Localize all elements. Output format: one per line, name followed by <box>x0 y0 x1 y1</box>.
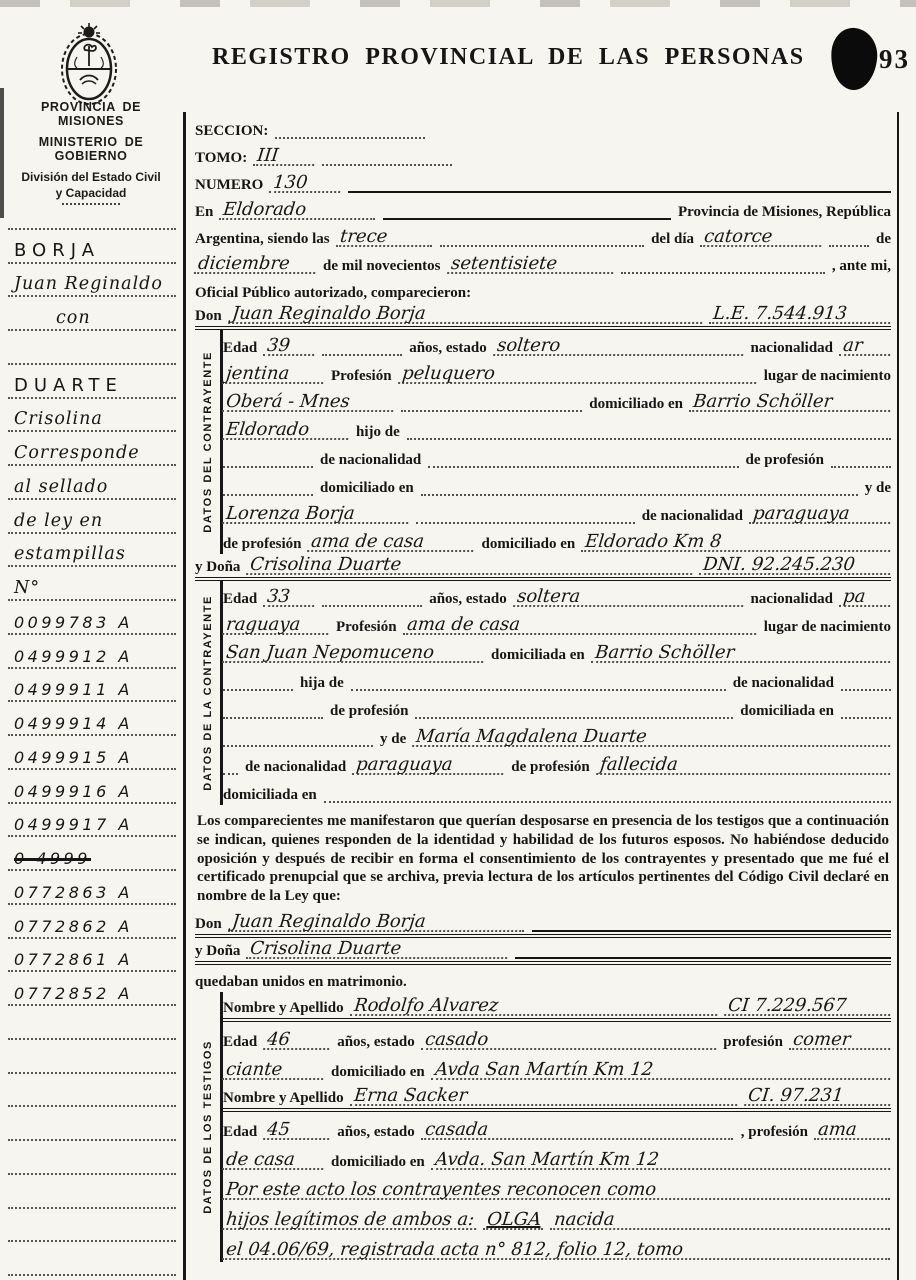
margin-note <box>8 1242 176 1276</box>
printed-label: Profesión <box>336 620 397 635</box>
margin-note-text: 0499916 A <box>14 782 133 801</box>
blank-dotted-line <box>275 127 425 139</box>
margin-notes-column: BORJAJuan ReginaldoconDUARTECrisolinaCor… <box>8 196 176 1276</box>
handwritten-value: Eldorado <box>222 422 350 440</box>
blank-dotted-line <box>223 679 293 691</box>
handwritten-value: raguaya <box>222 617 330 635</box>
margin-note: 0772863 A <box>8 871 176 905</box>
blank-dotted-line <box>416 512 635 524</box>
margin-note-text: estampillas <box>14 544 126 564</box>
margin-note: Juan Reginaldo <box>8 264 176 298</box>
bride-section: DATOS DE LA CONTRAYENTE Edad33años, esta… <box>195 581 891 805</box>
form-line: de nacionalidadde profesión <box>223 442 891 470</box>
margin-note: 0772862 A <box>8 905 176 939</box>
witness-section-label: DATOS DE LOS TESTIGOS <box>202 1040 214 1214</box>
blank-dotted-line <box>223 484 313 496</box>
printed-label: SECCION: <box>195 124 268 139</box>
form-line: ciantedomiciliado enAvda San Martín Km 1… <box>223 1052 891 1082</box>
issuing-office-block: PROVINCIA DE MISIONES MINISTERIO DE GOBI… <box>6 100 176 205</box>
margin-note: BORJA <box>8 230 176 264</box>
form-line: domiciliado eny de <box>223 470 891 498</box>
printed-label: años, estado <box>409 341 487 356</box>
declaration-paragraph: Los comparecientes me manifestaron que q… <box>197 812 889 906</box>
printed-label: de profesión <box>746 453 824 468</box>
printed-label: de profesión <box>511 760 589 775</box>
margin-note: estampillas <box>8 534 176 568</box>
margin-note: 0499916 A <box>8 770 176 804</box>
margin-note-text: Juan Reginaldo <box>14 274 163 294</box>
handwritten-value: Por este acto los contrayentes reconocen… <box>222 1182 892 1200</box>
printed-label: , profesión <box>741 1125 808 1140</box>
form-line: quedaban unidos en matrimonio. <box>195 965 891 992</box>
printed-label: Oficial Público autorizado, compareciero… <box>195 286 471 301</box>
form-body: SECCION:TOMO:IIINUMERO130EnEldoradoProvi… <box>183 112 899 1280</box>
form-line: de casadomiciliado enAvda. San Martín Km… <box>223 1142 891 1172</box>
form-line: Edad33años, estadosolteranacionalidadpa <box>223 581 891 609</box>
handwritten-value: 130 <box>269 175 342 193</box>
handwritten-value: Eldorado <box>219 202 377 220</box>
handwritten-value: casado <box>421 1032 717 1050</box>
handwritten-value: Barrio Schöller <box>689 394 892 412</box>
printed-label: Nombre y Apellido <box>223 1001 344 1016</box>
blank-dotted-line <box>428 456 738 468</box>
drawn-line <box>383 208 671 220</box>
blank-dotted-line <box>421 484 858 496</box>
printed-label: domiciliada en <box>740 704 834 719</box>
margin-note-text: BORJA <box>14 240 100 261</box>
margin-note-text: 0099783 A <box>14 613 133 632</box>
form-line: Oberá - Mnesdomiciliado enBarrio Schölle… <box>223 386 891 414</box>
handwritten-value: Avda. San Martín Km 12 <box>431 1152 892 1170</box>
groom-section: DATOS DEL CONTRAYENTE Edad39años, estado… <box>195 330 891 554</box>
printed-label: Edad <box>223 1125 257 1140</box>
form-line: Lorenza Borjade nacionalidadparaguaya <box>223 498 891 526</box>
form-line: SECCION: <box>195 114 891 141</box>
margin-note: 0 4999 <box>8 837 176 871</box>
form-line: el 04.06/69, registrada acta n° 812, fol… <box>223 1232 891 1262</box>
blank-dotted-line <box>322 344 402 356</box>
drawn-line <box>532 920 891 932</box>
handwritten-value: soltero <box>493 338 745 356</box>
margin-note-text: 0499911 A <box>14 680 133 699</box>
scan-edge-artifact <box>0 88 4 218</box>
margin-note: Crisolina <box>8 399 176 433</box>
handwritten-value: María Magdalena Duarte <box>412 729 892 747</box>
form-line: Edad45años, estadocasada, profesiónama <box>223 1112 891 1142</box>
margin-note-text: 0772861 A <box>14 950 133 969</box>
handwritten-value: Eldorado Km 8 <box>581 534 892 552</box>
blank-dotted-line <box>829 235 869 247</box>
handwritten-value: Crisolina Duarte <box>246 557 693 575</box>
handwritten-value: hijos legítimos de ambos a: <box>222 1212 478 1230</box>
handwritten-value: 33 <box>263 589 316 607</box>
handwritten-value: paraguaya <box>352 757 505 775</box>
blank-dotted-line <box>407 428 891 440</box>
margin-note: Corresponde <box>8 432 176 466</box>
blank-dotted-line <box>831 456 891 468</box>
form-line: Nombre y ApellidoRodolfo AlvarezCI 7.229… <box>223 992 891 1022</box>
handwritten-value: jentina <box>222 366 325 384</box>
printed-label: Nombre y Apellido <box>223 1091 344 1106</box>
blank-dotted-line <box>223 456 313 468</box>
printed-label: Argentina, siendo las <box>195 232 330 247</box>
handwritten-value: Avda San Martín Km 12 <box>431 1062 892 1080</box>
union-lines: DonJuan Reginaldo Borjay DoñaCrisolina D… <box>195 911 891 992</box>
handwritten-value: casada <box>421 1122 735 1140</box>
printed-label: del día <box>651 232 694 247</box>
blank-dotted-line <box>324 791 891 803</box>
form-line: domiciliada en <box>223 777 891 805</box>
margin-note: N° <box>8 567 176 601</box>
margin-note: de ley en <box>8 500 176 534</box>
scanned-marriage-certificate: REGISTRO PROVINCIAL DE LAS PERSONAS 93 P… <box>0 0 916 1280</box>
printed-label: y Doña <box>195 560 240 575</box>
form-line: Nombre y ApellidoErna SackerCI. 97.231 <box>223 1082 891 1112</box>
margin-note: al sellado <box>8 466 176 500</box>
form-line: DonJuan Reginaldo Borja <box>195 911 891 938</box>
handwritten-value: L.E. 7.544.913 <box>709 306 892 324</box>
margin-note <box>8 331 176 365</box>
printed-label: quedaban unidos en matrimonio. <box>195 975 407 990</box>
handwritten-value: el 04.06/69, registrada acta n° 812, fol… <box>222 1242 892 1260</box>
handwritten-value: DNI. 92.245.230 <box>699 557 892 575</box>
handwritten-value: peluquero <box>398 366 758 384</box>
form-line: Edad46años, estadocasadoprofesióncomer <box>223 1022 891 1052</box>
printed-label: Provincia de Misiones, República <box>678 205 891 220</box>
handwritten-value: de casa <box>222 1152 325 1170</box>
form-line: jentinaProfesiónpeluquerolugar de nacimi… <box>223 358 891 386</box>
printed-label: En <box>195 205 213 220</box>
handwritten-value: Rodolfo Alvarez <box>350 998 719 1016</box>
printed-label: años, estado <box>429 592 507 607</box>
margin-note: 0772861 A <box>8 939 176 973</box>
handwritten-value: trece <box>336 229 434 247</box>
org-line: División del Estado Civil <box>6 170 176 184</box>
printed-label: lugar de nacimiento <box>764 369 891 384</box>
printed-label: TOMO: <box>195 151 247 166</box>
handwritten-value: soltera <box>513 589 745 607</box>
printed-label: nacionalidad <box>750 592 833 607</box>
margin-note-text: 0499917 A <box>14 815 133 834</box>
handwritten-value: comer <box>789 1032 892 1050</box>
blank-dotted-line <box>223 763 238 775</box>
handwritten-value: Lorenza Borja <box>222 506 410 524</box>
printed-label: Profesión <box>331 369 392 384</box>
printed-label: Edad <box>223 592 257 607</box>
form-line: hijos legítimos de ambos a:OLGAnacida <box>223 1202 891 1232</box>
printed-label: y de <box>865 481 891 496</box>
printed-label: de profesión <box>330 704 408 719</box>
bride-name-line: y DoñaCrisolina DuarteDNI. 92.245.230 <box>195 554 891 581</box>
margin-note-text: al sellado <box>14 477 108 497</box>
printed-label: de nacionalidad <box>320 453 421 468</box>
printed-label: de nacionalidad <box>642 509 743 524</box>
printed-label: Edad <box>223 341 257 356</box>
printed-label: domiciliado en <box>589 397 683 412</box>
printed-label: de nacionalidad <box>733 676 834 691</box>
form-line: Por este acto los contrayentes reconocen… <box>223 1172 891 1202</box>
org-line: MINISTERIO DE GOBIERNO <box>6 135 176 163</box>
printed-label: domiciliado en <box>481 537 575 552</box>
handwritten-value: catorce <box>700 229 823 247</box>
margin-note: 0499915 A <box>8 736 176 770</box>
margin-note-text: 0772852 A <box>14 984 133 1003</box>
margin-note <box>8 1107 176 1141</box>
handwritten-value: diciembre <box>194 256 317 274</box>
handwritten-value: pa <box>839 589 892 607</box>
form-line: EnEldoradoProvincia de Misiones, Repúbli… <box>195 195 891 222</box>
printed-label: nacionalidad <box>750 341 833 356</box>
printed-label: lugar de nacimiento <box>764 620 891 635</box>
printed-label: domiciliado en <box>331 1155 425 1170</box>
margin-note-text: 0499912 A <box>14 647 133 666</box>
margin-note: 0499914 A <box>8 702 176 736</box>
handwritten-value: CI 7.229.567 <box>724 998 892 1016</box>
margin-note-text: 0499915 A <box>14 748 133 767</box>
page-number: 93 <box>879 44 910 75</box>
handwritten-value: San Juan Nepomuceno <box>222 645 485 663</box>
printed-label: de nacionalidad <box>245 760 346 775</box>
witness-lines: Nombre y ApellidoRodolfo AlvarezCI 7.229… <box>223 992 891 1262</box>
handwritten-value: ama de casa <box>308 534 476 552</box>
form-line: Oficial Público autorizado, compareciero… <box>195 276 891 303</box>
handwritten-value: nacida <box>550 1212 892 1230</box>
printed-label: profesión <box>723 1035 783 1050</box>
printed-label: hijo de <box>356 425 400 440</box>
margin-note: 0772852 A <box>8 972 176 1006</box>
margin-note-text: Crisolina <box>14 409 103 429</box>
blank-dotted-line <box>841 707 891 719</box>
groom-lines: Edad39años, estadosolteronacionalidadarj… <box>223 330 891 554</box>
printed-label: años, estado <box>337 1125 415 1140</box>
margin-note-text: 0 4999 <box>14 849 91 868</box>
margin-note-text: N° <box>14 578 40 598</box>
margin-note <box>8 1006 176 1040</box>
printed-label: de <box>876 232 891 247</box>
printed-label: domiciliada en <box>491 648 585 663</box>
margin-note-text: 0772862 A <box>14 917 133 936</box>
printed-label: Don <box>195 309 222 324</box>
margin-note-text: 0772863 A <box>14 883 133 902</box>
margin-note: 0099783 A <box>8 601 176 635</box>
blank-dotted-line <box>322 595 422 607</box>
blank-dotted-line <box>223 735 373 747</box>
margin-note <box>8 1175 176 1209</box>
form-line: Edad39años, estadosolteronacionalidadar <box>223 330 891 358</box>
margin-note <box>8 1074 176 1108</box>
margin-note <box>8 1040 176 1074</box>
handwritten-value: fallecida <box>596 757 892 775</box>
blank-dotted-line <box>401 400 582 412</box>
document-title: REGISTRO PROVINCIAL DE LAS PERSONAS <box>212 44 812 71</box>
handwritten-value: 46 <box>263 1032 331 1050</box>
handwritten-value: Juan Reginaldo Borja <box>228 306 704 324</box>
printed-label: domiciliada en <box>223 788 317 803</box>
ink-blot-stamp <box>829 26 879 91</box>
witness-section-label-cell: DATOS DE LOS TESTIGOS <box>195 992 223 1262</box>
handwritten-value: Juan Reginaldo Borja <box>228 914 526 932</box>
printed-label: Don <box>195 917 222 932</box>
handwritten-value: ama de casa <box>403 617 758 635</box>
margin-note-text: de ley en <box>14 511 103 531</box>
printed-label: domiciliado en <box>320 481 414 496</box>
margin-note-text: DUARTE <box>14 375 123 396</box>
margin-note: 0499917 A <box>8 804 176 838</box>
handwritten-value: 45 <box>263 1122 331 1140</box>
printed-label: de mil novecientos <box>323 259 441 274</box>
margin-note: 0499911 A <box>8 669 176 703</box>
margin-note-text: con <box>56 308 91 328</box>
form-line: y DoñaCrisolina DuarteDNI. 92.245.230 <box>195 554 891 581</box>
page-number-block: 93 <box>831 28 910 90</box>
margin-note-text: Corresponde <box>14 443 140 463</box>
bride-section-label: DATOS DE LA CONTRAYENTE <box>202 595 214 791</box>
margin-note: con <box>8 297 176 331</box>
form-line: y DoñaCrisolina Duarte <box>195 938 891 965</box>
form-line: y deMaría Magdalena Duarte <box>223 721 891 749</box>
margin-note: DUARTE <box>8 365 176 399</box>
form-intro-lines: SECCION:TOMO:IIINUMERO130EnEldoradoProvi… <box>195 114 891 330</box>
blank-dotted-line <box>440 235 644 247</box>
form-line: raguayaProfesiónama de casalugar de naci… <box>223 609 891 637</box>
groom-section-label-cell: DATOS DEL CONTRAYENTE <box>195 330 223 554</box>
bride-section-label-cell: DATOS DE LA CONTRAYENTE <box>195 581 223 805</box>
form-line: DonJuan Reginaldo BorjaL.E. 7.544.913 <box>195 303 891 330</box>
groom-section-label: DATOS DEL CONTRAYENTE <box>202 351 214 533</box>
handwritten-value: 39 <box>263 338 316 356</box>
form-line: NUMERO130 <box>195 168 891 195</box>
handwritten-value: paraguaya <box>749 506 892 524</box>
handwritten-value: ciante <box>222 1062 325 1080</box>
printed-label: y de <box>380 732 406 747</box>
scan-edge-artifact <box>0 0 916 7</box>
margin-note <box>8 1141 176 1175</box>
handwritten-value: Oberá - Mnes <box>222 394 395 412</box>
printed-label: domiciliado en <box>331 1065 425 1080</box>
handwritten-value: setentisiete <box>447 256 615 274</box>
blank-dotted-line <box>415 707 733 719</box>
printed-label: hija de <box>300 676 344 691</box>
form-line: diciembrede mil novecientossetentisiete,… <box>195 249 891 276</box>
printed-label: de profesión <box>223 537 301 552</box>
blank-dotted-line <box>621 262 825 274</box>
form-line: de profesiónama de casadomiciliado enEld… <box>223 526 891 554</box>
handwritten-value: OLGA <box>483 1212 545 1230</box>
margin-note: 0499912 A <box>8 635 176 669</box>
blank-dotted-line <box>322 154 452 166</box>
form-line: TOMO:III <box>195 141 891 168</box>
handwritten-value: ar <box>839 338 892 356</box>
printed-label: años, estado <box>337 1035 415 1050</box>
drawn-line <box>515 947 891 959</box>
handwritten-value: III <box>253 148 316 166</box>
handwritten-value: ama <box>814 1122 892 1140</box>
form-line: de nacionalidadparaguayade profesiónfall… <box>223 749 891 777</box>
margin-note <box>8 196 176 230</box>
drawn-line <box>348 181 891 193</box>
handwritten-value: Erna Sacker <box>350 1088 739 1106</box>
blank-dotted-line <box>223 707 323 719</box>
witness-section: DATOS DE LOS TESTIGOS Nombre y ApellidoR… <box>195 992 891 1262</box>
handwritten-value: CI. 97.231 <box>744 1088 892 1106</box>
form-line: de profesióndomiciliada en <box>223 693 891 721</box>
blank-dotted-line <box>841 679 891 691</box>
form-line: Eldoradohijo de <box>223 414 891 442</box>
handwritten-value: Barrio Schöller <box>591 645 892 663</box>
printed-label: y Doña <box>195 944 240 959</box>
org-line: PROVINCIA DE MISIONES <box>6 100 176 128</box>
printed-label: Edad <box>223 1035 257 1050</box>
blank-dotted-line <box>351 679 726 691</box>
bride-lines: Edad33años, estadosolteranacionalidadpar… <box>223 581 891 805</box>
form-line: San Juan Nepomucenodomiciliada enBarrio … <box>223 637 891 665</box>
form-line: hija dede nacionalidad <box>223 665 891 693</box>
printed-label: NUMERO <box>195 178 263 193</box>
margin-note <box>8 1209 176 1243</box>
form-line: Argentina, siendo lastrecedel díacatorce… <box>195 222 891 249</box>
handwritten-value: Crisolina Duarte <box>246 941 509 959</box>
printed-label: , ante mi, <box>832 259 891 274</box>
margin-note-text: 0499914 A <box>14 714 133 733</box>
